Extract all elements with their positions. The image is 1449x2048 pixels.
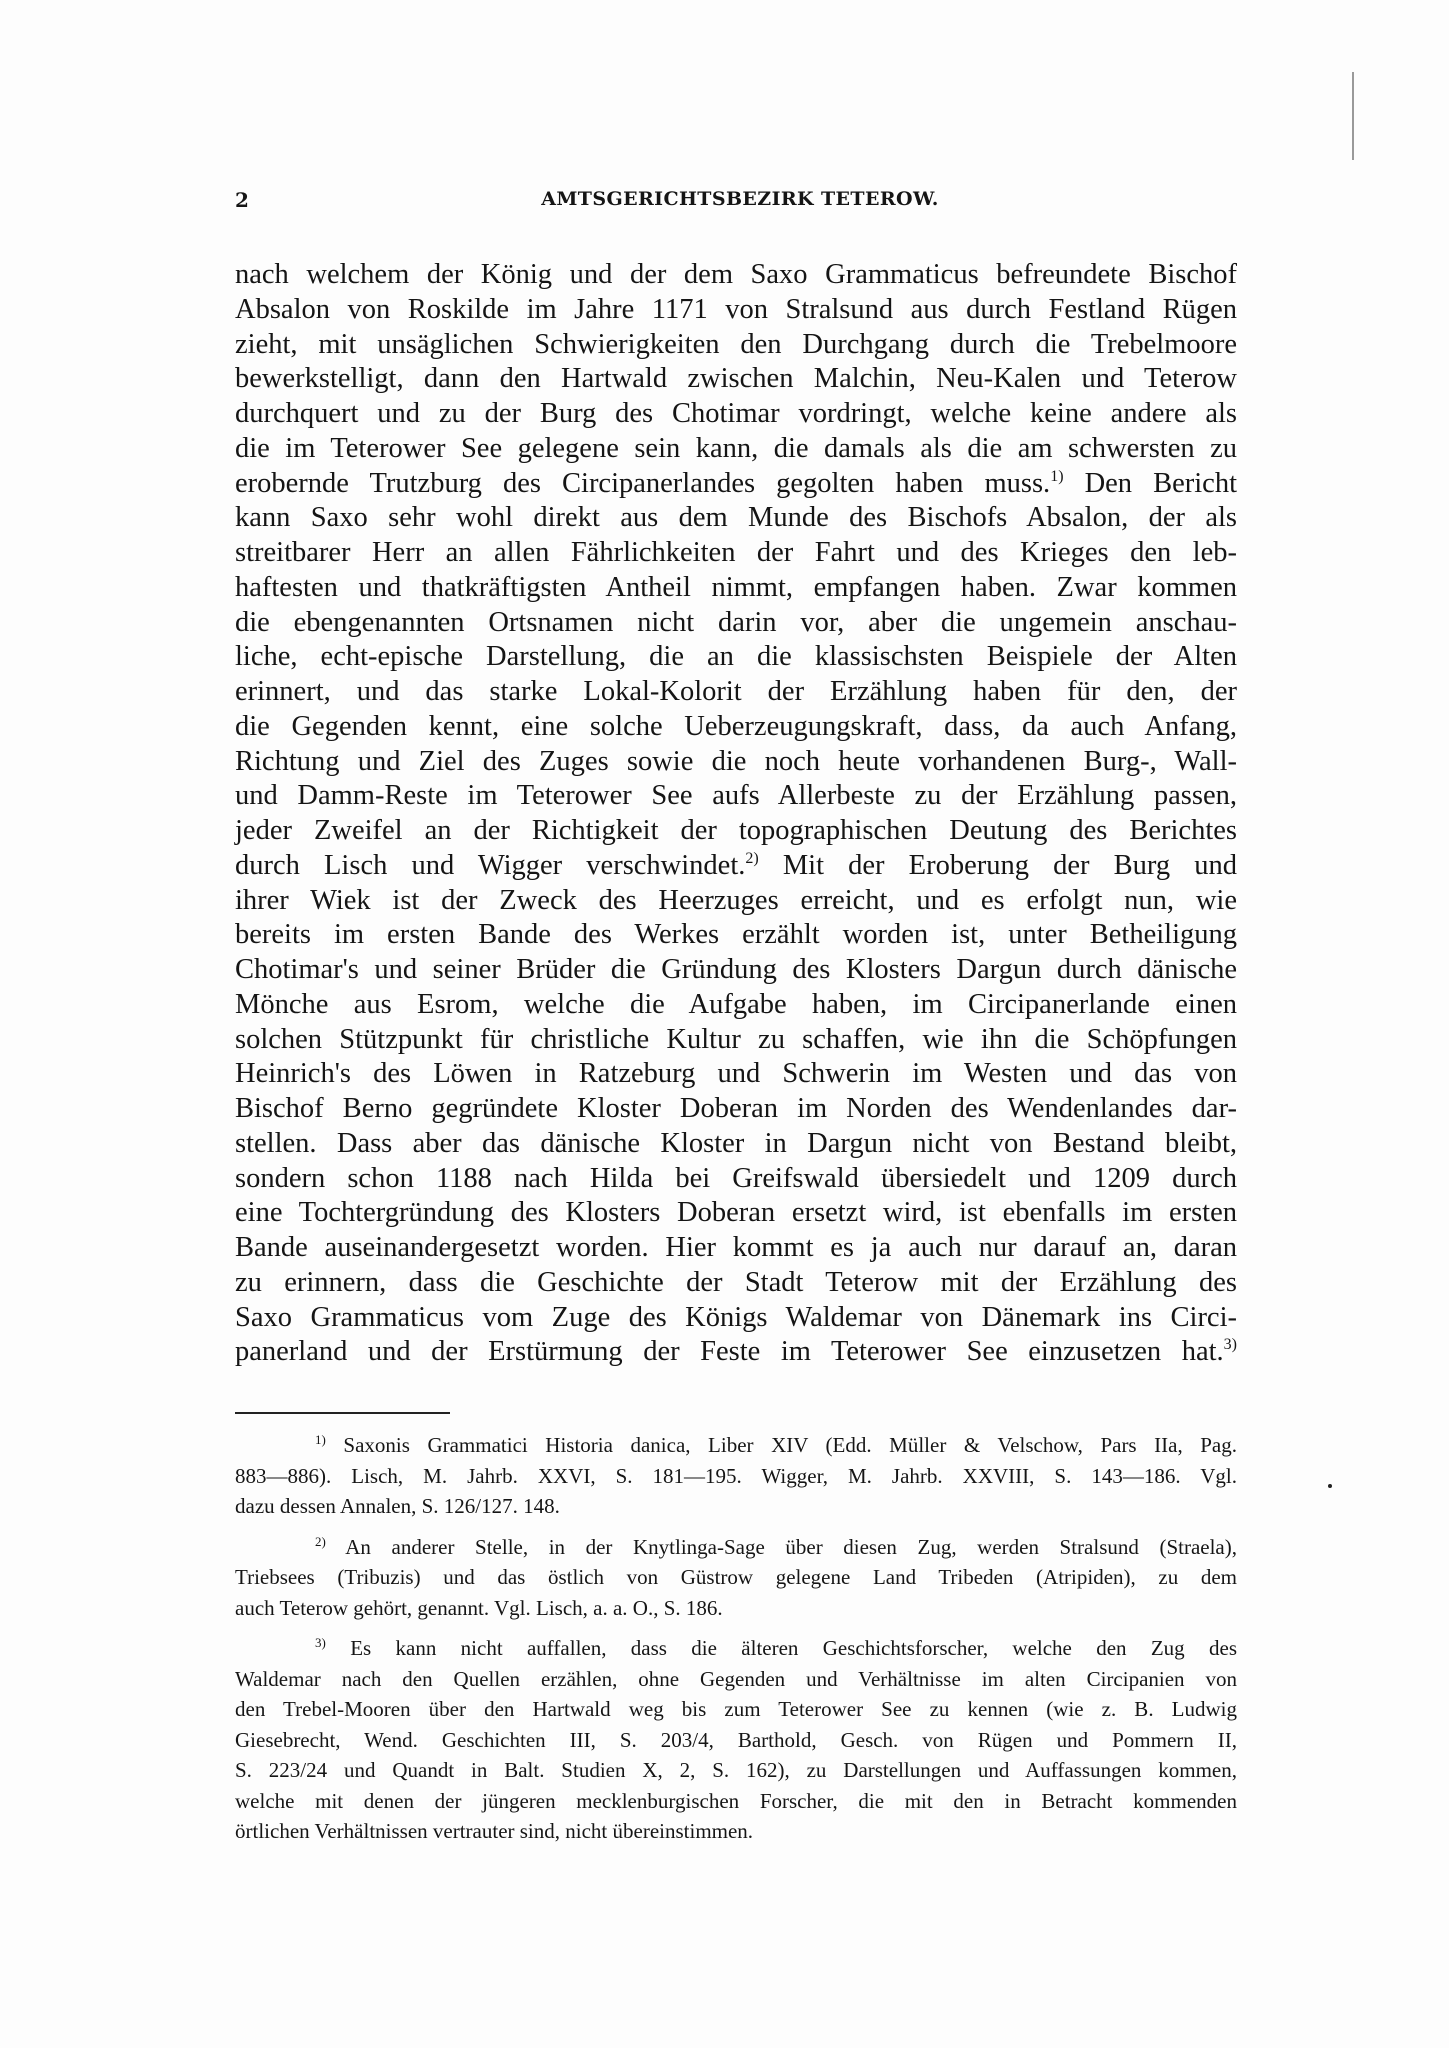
footnote-line: 3) Es kann nicht auffallen, dass die ält… — [235, 1633, 1237, 1664]
body-line: jeder Zweifel an der Richtigkeit der top… — [235, 814, 1237, 849]
body-line: Absalon von Roskilde im Jahre 1171 von S… — [235, 293, 1237, 328]
body-line-text: Den Bericht — [1085, 468, 1237, 499]
footnote-line: dazu dessen Annalen, S. 126/127. 148. — [235, 1491, 1237, 1522]
footnote-marker: 2) — [315, 1534, 326, 1549]
body-line: eine Tochtergründung des Klosters Dobera… — [235, 1196, 1237, 1231]
body-line-with-note: erobernde Trutzburg des Circipanerlandes… — [235, 467, 1237, 502]
body-line: streitbarer Herr an allen Fährlichkeiten… — [235, 536, 1237, 571]
body-line: haftesten und thatkräftigsten Antheil ni… — [235, 571, 1237, 606]
footnote-separator — [235, 1412, 450, 1414]
body-line: bewerkstelligt, dann den Hartwald zwisch… — [235, 362, 1237, 397]
scan-speck — [1328, 1484, 1332, 1488]
footnotes: 1) Saxonis Grammatici Historia danica, L… — [235, 1430, 1237, 1847]
footnote-text: Saxonis Grammatici Historia danica, Libe… — [343, 1433, 1237, 1457]
footnote-line: auch Teterow gehört, genannt. Vgl. Lisch… — [235, 1593, 1237, 1624]
body-line: zieht, mit unsäglichen Schwierigkeiten d… — [235, 328, 1237, 363]
body-line: Bischof Berno gegründete Kloster Doberan… — [235, 1092, 1237, 1127]
body-line: die ebengenannten Ortsnamen nicht darin … — [235, 606, 1237, 641]
footnote-line: 2) An anderer Stelle, in der Knytlinga-S… — [235, 1532, 1237, 1563]
body-line-text: erobernde Trutzburg des Circipanerlandes… — [235, 468, 1050, 499]
body-line: ihrer Wiek ist der Zweck des Heerzuges e… — [235, 884, 1237, 919]
body-line: Bande auseinandergesetzt worden. Hier ko… — [235, 1231, 1237, 1266]
body-line: die Gegenden kennt, eine solche Ueberzeu… — [235, 710, 1237, 745]
body-line-with-note: panerland und der Erstürmung der Feste i… — [235, 1335, 1237, 1370]
body-line: die im Teterower See gelegene sein kann,… — [235, 432, 1237, 467]
footnote-2: 2) An anderer Stelle, in der Knytlinga-S… — [235, 1532, 1237, 1624]
footnote-line: 1) Saxonis Grammatici Historia danica, L… — [235, 1430, 1237, 1461]
footnote-line: Giesebrecht, Wend. Geschichten III, S. 2… — [235, 1725, 1237, 1756]
footnote-text: An anderer Stelle, in der Knytlinga-Sage… — [345, 1535, 1237, 1559]
body-line: zu erinnern, dass die Geschichte der Sta… — [235, 1266, 1237, 1301]
scan-edge-mark — [1352, 72, 1354, 160]
body-line: Chotimar's und seiner Brüder die Gründun… — [235, 953, 1237, 988]
footnote-marker: 3) — [315, 1635, 326, 1650]
body-line: bereits im ersten Bande des Werkes erzäh… — [235, 918, 1237, 953]
footnote-line: den Trebel-Mooren über den Hartwald weg … — [235, 1694, 1237, 1725]
footnote-line: S. 223/24 und Quandt in Balt. Studien X,… — [235, 1755, 1237, 1786]
body-line: erinnert, und das starke Lokal-Kolorit d… — [235, 675, 1237, 710]
footnote-line: Triebsees (Tribuzis) und das östlich von… — [235, 1562, 1237, 1593]
body-line: Heinrich's des Löwen in Ratzeburg und Sc… — [235, 1057, 1237, 1092]
body-line-text: Mit der Eroberung der Burg und — [783, 850, 1237, 881]
footnote-reference-2[interactable]: 2) — [745, 850, 758, 867]
body-line-with-note: durch Lisch und Wigger verschwindet.2) M… — [235, 849, 1237, 884]
running-head: 2 AMTSGERICHTSBEZIRK TETEROW. — [235, 188, 1237, 216]
body-line: kann Saxo sehr wohl direkt aus dem Munde… — [235, 501, 1237, 536]
body-line-text: panerland und der Erstürmung der Feste i… — [235, 1336, 1224, 1367]
footnote-marker: 1) — [315, 1432, 326, 1447]
body-line: sondern schon 1188 nach Hilda bei Greifs… — [235, 1162, 1237, 1197]
body-line: stellen. Dass aber das dänische Kloster … — [235, 1127, 1237, 1162]
body-line: und Damm-Reste im Teterower See aufs All… — [235, 779, 1237, 814]
body-line: durchquert und zu der Burg des Chotimar … — [235, 397, 1237, 432]
body-line: Richtung und Ziel des Zuges sowie die no… — [235, 745, 1237, 780]
footnote-line: Waldemar nach den Quellen erzählen, ohne… — [235, 1664, 1237, 1695]
footnote-3: 3) Es kann nicht auffallen, dass die ält… — [235, 1633, 1237, 1847]
body-line: Saxo Grammaticus vom Zuge des Königs Wal… — [235, 1301, 1237, 1336]
body-line: Mönche aus Esrom, welche die Aufgabe hab… — [235, 988, 1237, 1023]
body-line: nach welchem der König und der dem Saxo … — [235, 258, 1237, 293]
body-line: liche, echt-epische Darstellung, die an … — [235, 640, 1237, 675]
footnote-reference-1[interactable]: 1) — [1050, 468, 1063, 485]
footnote-line: örtlichen Verhältnissen vertrauter sind,… — [235, 1816, 1237, 1847]
body-text: nach welchem der König und der dem Saxo … — [235, 258, 1237, 1370]
footnote-line: welche mit denen der jüngeren mecklenbur… — [235, 1786, 1237, 1817]
footnote-1: 1) Saxonis Grammatici Historia danica, L… — [235, 1430, 1237, 1522]
footnote-text: Es kann nicht auffallen, dass die ältere… — [350, 1636, 1237, 1660]
running-title: AMTSGERICHTSBEZIRK TETEROW. — [235, 188, 1237, 210]
body-line-text: durch Lisch und Wigger verschwindet. — [235, 850, 745, 881]
footnote-line: 883—886). Lisch, M. Jahrb. XXVI, S. 181—… — [235, 1461, 1237, 1492]
body-line: solchen Stützpunkt für christliche Kultu… — [235, 1023, 1237, 1058]
footnote-reference-3[interactable]: 3) — [1224, 1336, 1237, 1353]
scanned-page: 2 AMTSGERICHTSBEZIRK TETEROW. nach welch… — [0, 0, 1449, 2048]
